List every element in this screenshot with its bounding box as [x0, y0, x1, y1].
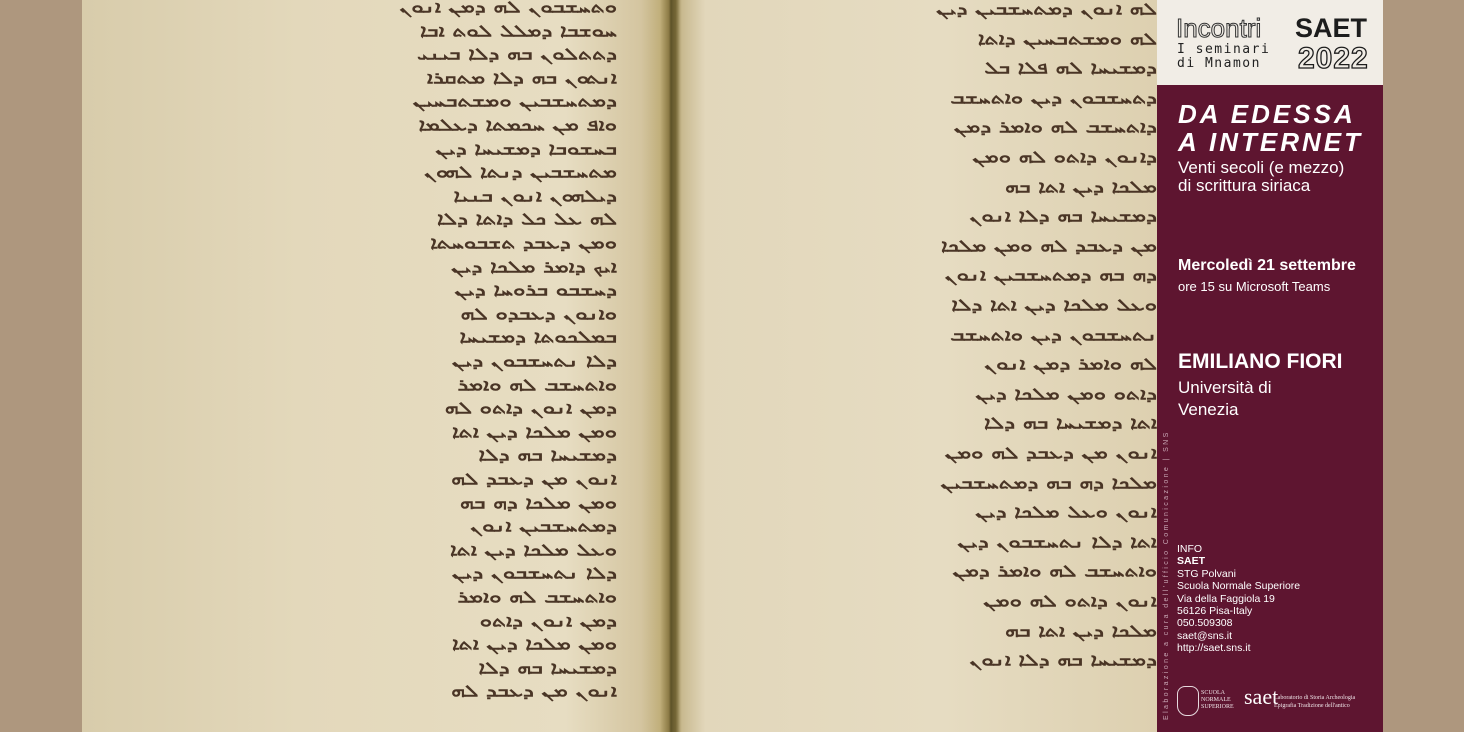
- manuscript-line: ܘܡܢ ܡܠܟܐ ܕܝܢ ܐܬܐ: [452, 634, 617, 654]
- info-phone: 050.509308: [1177, 617, 1300, 629]
- series-subtitle-line2: di Mnamon: [1177, 57, 1270, 71]
- manuscript-line: ܐܢܘܢ ܡܢ ܕܥܒܕ ܠܗ ܘܡܢ: [945, 443, 1157, 463]
- event-date: Mercoledì 21 settembre: [1178, 257, 1356, 275]
- saet-lab-text: Laboratorio di Storia Archeologia Epigra…: [1274, 694, 1355, 710]
- manuscript-line: ܐܢܘܢ ܕܐܬܘ ܠܗ ܘܡܢ: [983, 591, 1157, 611]
- manuscript-line: ܕܡܫܝܚܐ ܠܗ ܦܠܐ ܒܠ: [984, 58, 1157, 78]
- manuscript-image: ܘܬܚܫܒܘܢ ܠܗ ܕܡܢ ܐܢܘܢܚܘܫܒܐ ܕܡܠܠ ܠܘܬ ܐܒܐܕܬܬ…: [82, 0, 1157, 732]
- series-brand: SAET: [1295, 13, 1367, 44]
- sns-logo-text: SCUOLA NORMALE SUPERIORE: [1201, 690, 1234, 711]
- sns-logo-line2: NORMALE: [1201, 697, 1234, 704]
- speaker-name: EMILIANO FIORI: [1178, 350, 1343, 374]
- manuscript-line: ܡܠܟܐ ܕܝܢ ܐܬܐ ܒܗ: [1005, 177, 1157, 197]
- manuscript-line: ܕܬܬܠܘܢ ܒܗ ܕܠܐ ܒܝܢܝ: [417, 44, 617, 64]
- manuscript-line: ܕܡܬܚܫܒܝܢ ܐܢܘܢ: [470, 516, 617, 536]
- manuscript-line: ܕܡܢ ܐܢܘܢ ܕܐܬܘ ܠܗ: [445, 398, 617, 418]
- manuscript-line: ܘܐܬܚܫܒ ܠܗ ܘܐܡܪ: [457, 587, 617, 607]
- manuscript-line: ܕܡܬܚܫܒܝܢ ܘܡܫܬܒܚܝܢ: [413, 92, 617, 112]
- manuscript-line: ܘܡܢ ܡܠܟܐ ܕܗ ܒܗ: [460, 493, 617, 513]
- manuscript-line: ܡܢ ܕܥܒܕ ܠܗ ܘܡܢ ܡܠܟܐ: [941, 236, 1157, 256]
- manuscript-line: ܘܬܚܫܒܘܢ ܠܗ ܕܡܢ ܐܢܘܢ: [399, 0, 617, 17]
- event-title-line1: DA EDESSA: [1178, 100, 1363, 128]
- info-website[interactable]: http://saet.sns.it: [1177, 642, 1300, 654]
- manuscript-line: ܐܝܟ ܕܐܡܪ ܡܠܟܐ ܕܝܢ: [451, 257, 617, 277]
- event-subtitle-line2: di scrittura siriaca: [1178, 177, 1363, 195]
- event-date-block: Mercoledì 21 settembre ore 15 su Microso…: [1178, 257, 1356, 294]
- series-subtitle: I seminari di Mnamon: [1177, 43, 1270, 71]
- manuscript-line: ܕܠܐ ܢܬܚܫܒܘܢ ܕܝܢ: [452, 564, 617, 584]
- manuscript-line: ܕܐܬܚܫܒ ܠܗ ܘܐܡܪ ܕܡܢ: [954, 118, 1157, 138]
- info-line: Via della Faggiola 19: [1177, 593, 1300, 605]
- sns-logo-line1: SCUOLA: [1201, 690, 1234, 697]
- manuscript-line: ܘܐܬܚܫܒ ܠܗ ܘܐܡܪ: [457, 375, 617, 395]
- info-email[interactable]: saet@sns.it: [1177, 630, 1300, 642]
- event-time-place: ore 15 su Microsoft Teams: [1178, 279, 1356, 294]
- manuscript-line: ܠܗ ܘܐܡܪ ܕܡܢ ܐܢܘܢ: [984, 354, 1157, 374]
- manuscript-line: ܐܬܐ ܕܠܐ ܢܬܚܫܒܘܢ ܕܝܢ: [958, 532, 1157, 552]
- info-heading: INFO: [1177, 543, 1300, 555]
- event-title-line2: A INTERNET: [1178, 128, 1363, 156]
- manuscript-line: ܐܬܐ ܕܡܫܝܚܐ ܒܗ ܕܠܐ: [984, 414, 1157, 434]
- manuscript-line: ܒܚܫܘܒܐ ܕܡܫܝܚܐ ܕܝܢ: [436, 139, 618, 159]
- manuscript-right-page: ܠܗ ܐܢܘܢ ܕܡܬܚܫܒܝܢ ܕܝܢܠܗ ܘܡܫܬܒܚܝܢ ܕܐܬܐܕܡܫܝ…: [677, 0, 1157, 732]
- event-subtitle-line1: Venti secoli (e mezzo): [1178, 159, 1363, 177]
- manuscript-line: ܕܠܐ ܢܬܚܫܒܘܢ ܕܝܢ: [452, 351, 617, 371]
- info-line: Scuola Normale Superiore: [1177, 580, 1300, 592]
- manuscript-line: ܒܡܠܟܘܬܐ ܕܡܫܝܚܐ: [460, 328, 617, 348]
- logos-footer: SCUOLA NORMALE SUPERIORE saet Laboratori…: [1177, 684, 1377, 720]
- info-org: SAET: [1177, 555, 1300, 567]
- manuscript-line: ܡܠܟܐ ܕܗ ܒܗ ܕܡܬܚܫܒܝܢ: [941, 473, 1157, 493]
- series-name: Incontri: [1176, 13, 1261, 44]
- manuscript-line: ܢܬܚܫܒܘܢ ܕܝܢ ܘܐܬܚܫܒ: [950, 325, 1157, 345]
- manuscript-line: ܕܗ ܒܗ ܕܡܬܚܫܒܝܢ ܐܢܘܢ: [945, 266, 1157, 286]
- speaker-block: EMILIANO FIORI Università di Venezia: [1178, 350, 1343, 421]
- manuscript-line: ܘܡܢ ܡܠܟܐ ܕܝܢ ܐܬܐ: [452, 422, 617, 442]
- series-subtitle-line1: I seminari: [1177, 43, 1270, 57]
- manuscript-line: ܐܢܘܢ ܡܢ ܕܥܒܕ ܠܗ: [451, 469, 617, 489]
- manuscript-line: ܘܐܬܚܫܒ ܠܗ ܘܐܡܪ ܕܡܢ: [953, 562, 1157, 582]
- manuscript-line: ܕܡܢ ܐܢܘܢ ܕܐܬܘ: [480, 611, 617, 631]
- manuscript-line: ܕܬܚܫܒܘܢ ܕܝܢ ܘܐܬܚܫܒ: [950, 88, 1157, 108]
- sns-crest-icon: [1177, 686, 1199, 716]
- event-title-block: DA EDESSA A INTERNET Venti secoli (e mez…: [1178, 100, 1363, 195]
- manuscript-line: ܘܐܦ ܡܢ ܚܟܡܬܐ ܕܥܠܡܐ: [419, 115, 617, 135]
- manuscript-line: ܘܥܠ ܡܠܟܐ ܕܝܢ ܐܬܐ: [450, 540, 617, 560]
- manuscript-line: ܠܗ ܥܠ ܟܠ ܕܐܬܐ ܕܠܐ: [437, 210, 617, 230]
- series-header: Incontri SAET I seminari di Mnamon 2022: [1157, 0, 1383, 85]
- manuscript-line: ܕܐܢܘܢ ܕܐܬܘ ܠܗ ܘܡܢ: [972, 147, 1157, 167]
- manuscript-line: ܕܝܠܗܘܢ ܐܢܘܢ ܒܢܝܐ: [454, 186, 618, 206]
- manuscript-line: ܕܡܫܝܚܐ ܒܗ ܕܠܐ ܐܢܘܢ: [969, 650, 1157, 670]
- manuscript-line: ܐܢܘܢ ܡܢ ܕܥܒܕ ܠܗ: [451, 682, 617, 702]
- manuscript-line: ܕܡܫܝܚܐ ܒܗ ܕܠܐ: [479, 446, 617, 466]
- series-year: 2022: [1298, 42, 1369, 76]
- manuscript-line: ܕܐܬܘ ܘܡܢ ܡܠܟܐ ܕܝܢ: [976, 384, 1158, 404]
- manuscript-line: ܘܡܢ ܕܥܒܕ ܬܫܒܘܚܬܐ: [430, 233, 617, 253]
- manuscript-left-page: ܘܬܚܫܒܘܢ ܠܗ ܕܡܢ ܐܢܘܢܚܘܫܒܐ ܕܡܠܠ ܠܘܬ ܐܒܐܕܬܬ…: [82, 0, 667, 732]
- info-line: STG Polvani: [1177, 568, 1300, 580]
- manuscript-line: ܚܘܫܒܐ ܕܡܠܠ ܠܘܬ ܐܒܐ: [420, 21, 617, 41]
- info-block: INFO SAET STG Polvani Scuola Normale Sup…: [1177, 543, 1300, 655]
- manuscript-line: ܐܢܬܘܢ ܒܗ ܕܠܐ ܡܬܩܪܐ: [427, 68, 617, 88]
- manuscript-line: ܐܢܘܢ ܘܥܠ ܡܠܟܐ ܕܝܢ: [975, 502, 1157, 522]
- manuscript-line: ܘܥܠ ܡܠܟܐ ܕܝܢ ܐܬܐ ܕܠܐ: [951, 295, 1157, 315]
- manuscript-line: ܕܡܫܝܚܐ ܒܗ ܕܠܐ: [479, 658, 617, 678]
- lab-line2: Epigrafia Tradizione dell'antico: [1274, 702, 1355, 710]
- manuscript-line: ܡܬܚܫܒܝܢ ܕܢܬܐ ܠܗܘܢ: [424, 162, 617, 182]
- sns-logo-line3: SUPERIORE: [1201, 704, 1234, 711]
- manuscript-line: ܠܗ ܐܢܘܢ ܕܡܬܚܫܒܝܢ ܕܝܢ: [936, 0, 1157, 19]
- speaker-affiliation-line1: Università di: [1178, 377, 1343, 399]
- event-info-panel: Incontri SAET I seminari di Mnamon 2022 …: [1157, 0, 1383, 732]
- manuscript-line: ܕܡܫܝܚܐ ܒܗ ܕܠܐ ܐܢܘܢ: [969, 206, 1157, 226]
- manuscript-line: ܕܚܫܒܘ ܒܪܘܚܐ ܕܝܢ: [455, 280, 617, 300]
- vertical-credit: Elaborazione a cura dell'ufficio Comunic…: [1163, 430, 1170, 720]
- manuscript-line: ܘܐܢܘܢ ܕܥܒܕܘ ܠܗ: [460, 304, 617, 324]
- manuscript-line: ܡܠܟܐ ܕܝܢ ܐܬܐ ܒܗ: [1005, 621, 1157, 641]
- speaker-affiliation-line2: Venezia: [1178, 399, 1343, 421]
- info-line: 56126 Pisa-Italy: [1177, 605, 1300, 617]
- lab-line1: Laboratorio di Storia Archeologia: [1274, 694, 1355, 702]
- manuscript-line: ܠܗ ܘܡܫܬܒܚܝܢ ܕܐܬܐ: [978, 29, 1157, 49]
